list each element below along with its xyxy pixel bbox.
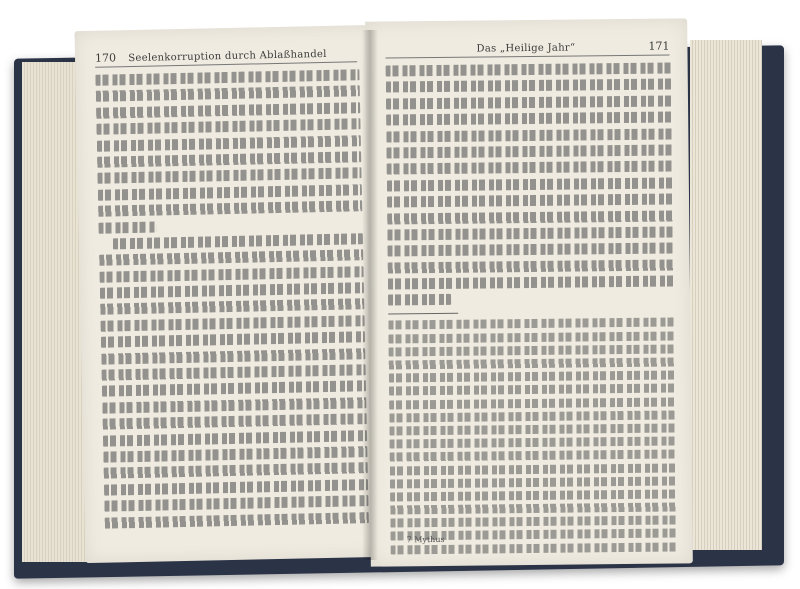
text-line-placeholder [387, 210, 673, 224]
text-line-placeholder [390, 503, 676, 515]
text-line-placeholder [103, 413, 367, 430]
text-line-placeholder [389, 384, 675, 396]
text-line-placeholder [387, 177, 673, 191]
footnote [388, 318, 676, 554]
left-page-number: 170 [95, 51, 116, 64]
text-line-placeholder [104, 479, 368, 496]
text-line-placeholder [96, 86, 360, 103]
text-line-placeholder [98, 200, 362, 217]
text-line-placeholder [105, 512, 369, 529]
text-line-placeholder [387, 226, 673, 240]
text-line-placeholder [98, 221, 156, 233]
text-line-placeholder [390, 437, 676, 449]
text-line-placeholder [96, 118, 360, 135]
text-line-placeholder [387, 194, 673, 208]
text-line-placeholder [101, 315, 365, 332]
text-line-placeholder [97, 135, 361, 152]
text-line-placeholder [96, 102, 360, 119]
text-line-placeholder [101, 348, 365, 365]
text-line-placeholder [388, 259, 674, 273]
text-line-placeholder [98, 184, 362, 201]
text-line-placeholder [390, 476, 676, 488]
right-page-body [386, 62, 677, 558]
left-page-body [95, 69, 369, 533]
text-line-placeholder [388, 331, 674, 343]
left-page-header: 170 Seelenkorruption durch Ablaßhandel [95, 43, 357, 67]
text-line-placeholder [97, 151, 361, 168]
text-line-placeholder [388, 318, 674, 330]
text-line-placeholder [102, 364, 366, 381]
text-line-placeholder [99, 266, 363, 283]
text-line-placeholder [97, 168, 361, 185]
text-line-placeholder [386, 112, 672, 126]
text-line-placeholder [102, 397, 366, 414]
text-line-placeholder [390, 463, 676, 475]
right-page-header: Das „Heilige Jahr“ 171 [385, 37, 669, 59]
left-page: 170 Seelenkorruption durch Ablaßhandel [74, 25, 385, 563]
text-line-placeholder [386, 95, 672, 109]
text-line-placeholder [388, 243, 674, 257]
left-running-header: Seelenkorruption durch Ablaßhandel [116, 49, 339, 65]
text-line-placeholder [386, 79, 672, 93]
text-line-placeholder [102, 381, 366, 398]
text-line-placeholder [99, 249, 363, 266]
text-line-placeholder [386, 144, 672, 158]
text-line-placeholder [389, 358, 675, 370]
text-line-placeholder [390, 450, 676, 462]
text-line-placeholder [389, 423, 675, 435]
right-running-header: Das „Heilige Jahr“ [403, 42, 648, 56]
text-line-placeholder [390, 516, 676, 528]
text-line-placeholder [390, 489, 676, 501]
text-line-placeholder [103, 446, 367, 463]
text-line-placeholder [113, 233, 363, 249]
text-line-placeholder [386, 128, 672, 142]
text-line-placeholder [386, 62, 672, 76]
book-gutter [362, 30, 378, 560]
text-line-placeholder [388, 276, 674, 290]
text-line-placeholder [388, 294, 451, 306]
text-line-placeholder [100, 282, 364, 299]
right-page-number: 171 [648, 40, 669, 53]
right-page: Das „Heilige Jahr“ 171 7 Mythus [365, 18, 693, 566]
signature-mark: 7 Mythus [407, 535, 445, 544]
text-line-placeholder [389, 344, 675, 356]
text-line-placeholder [103, 430, 367, 447]
text-line-placeholder [389, 397, 675, 409]
text-line-placeholder [104, 463, 368, 480]
page-edges-right [690, 40, 762, 550]
footnote-rule [388, 313, 458, 315]
text-line-placeholder [95, 69, 359, 86]
text-line-placeholder [389, 371, 675, 383]
text-line-placeholder [100, 299, 364, 316]
text-line-placeholder [389, 410, 675, 422]
text-line-placeholder [101, 331, 365, 348]
text-line-placeholder [387, 161, 673, 175]
text-line-placeholder [104, 495, 368, 512]
